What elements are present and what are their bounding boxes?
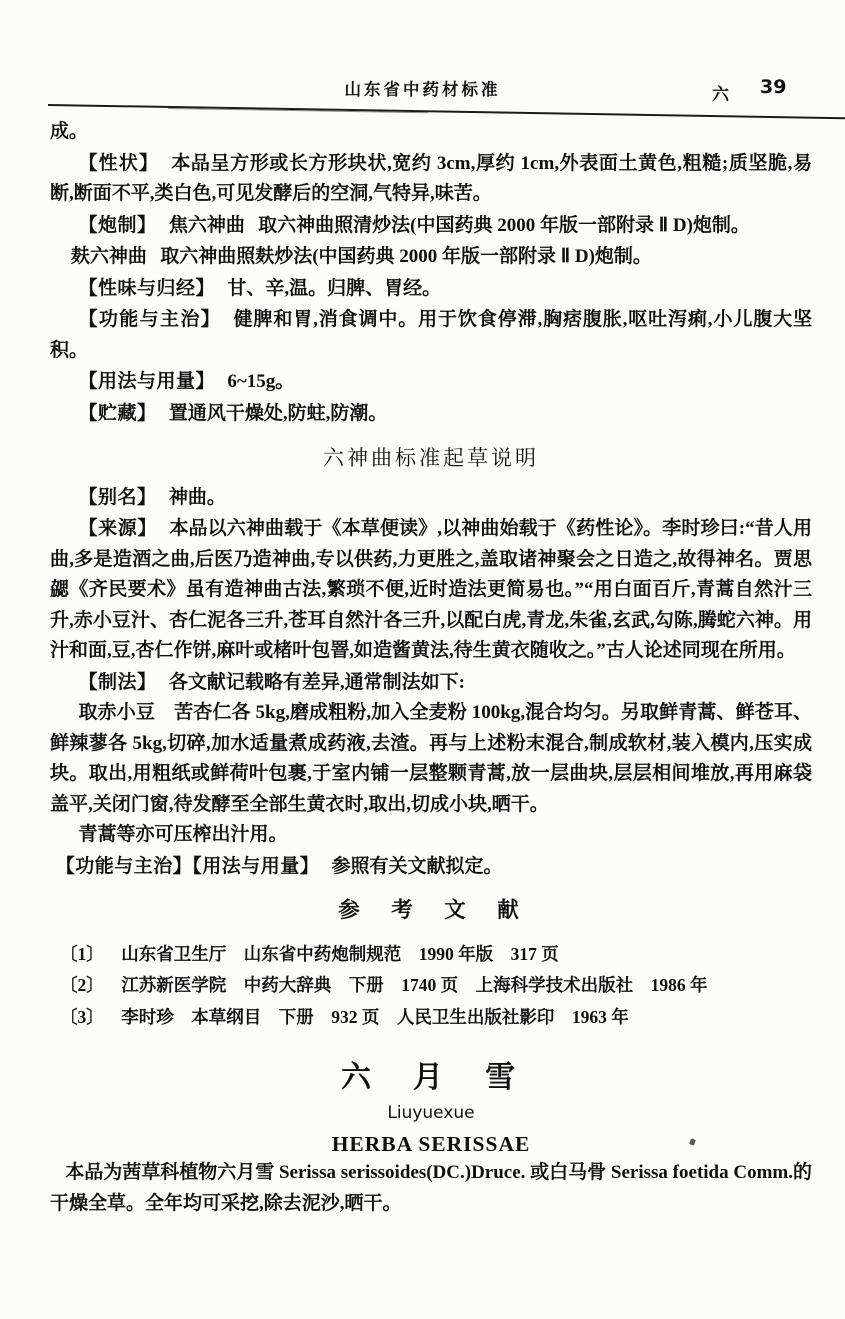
section-text-zhucang: 置通风干燥处,防蛀,防潮。	[169, 403, 388, 424]
paozhi-subitem-jiao: 焦六神曲	[169, 214, 245, 236]
references-title: 参 考 文 献	[50, 895, 812, 926]
section-zhucang: 【贮藏】置通风干燥处,防蛀,防潮。	[50, 398, 812, 430]
next-monograph-intro: 本品为茜草科植物六月雪 Serissa serissoides(DC.)Druc…	[50, 1158, 812, 1219]
section-text-xingzhuang: 本品呈方形或长方形块状,宽约 3cm,厚约 1cm,外表面土黄色,粗糙;质坚脆,…	[50, 153, 812, 205]
section-text-yongfa: 6~15g。	[227, 371, 294, 392]
section-yongfa: 【用法与用量】6~15g。	[50, 366, 812, 398]
section-gongneng: 【功能与主治】健脾和胃,消食调中。用于饮食停滞,胸痞腹胀,呕吐泻痢,小儿腹大坚积…	[50, 304, 812, 366]
reference-number-1: 〔1〕	[60, 944, 104, 964]
section-label-xingzhuang: 【性状】	[79, 152, 159, 174]
section-label-paozhi: 【炮制】	[79, 214, 157, 236]
cross-reference-labels: 【功能与主治】【用法与用量】	[56, 855, 320, 877]
reference-item-3: 〔3〕李时珍 本草纲目 下册 932 页 人民卫生出版社影印 1963 年	[50, 1002, 812, 1034]
carryover-text: 成。	[50, 117, 812, 148]
next-monograph-title-cn: 六 月 雪	[50, 1059, 812, 1097]
cross-reference-text: 参照有关文献拟定。	[332, 856, 503, 877]
scanned-document-page: 山东省中药材标准 六 39 成。 【性状】本品呈方形或长方形块状,宽约 3cm,…	[0, 0, 845, 1319]
page-body: 成。 【性状】本品呈方形或长方形块状,宽约 3cm,厚约 1cm,外表面土黄色,…	[50, 117, 812, 1219]
section-label-zhifa: 【制法】	[79, 671, 157, 693]
next-monograph-pinyin: Liuyuexue	[50, 1102, 812, 1124]
paozhi-text-jiao: 取六神曲照清炒法(中国药典 2000 年版一部附录 Ⅱ D)炮制。	[258, 215, 750, 236]
section-label-yongfa: 【用法与用量】	[79, 370, 216, 392]
reference-number-2: 〔2〕	[60, 975, 104, 995]
draft-note-title: 六神曲标准起草说明	[50, 443, 812, 474]
volume-label: 六	[712, 80, 729, 105]
section-label-xingwei: 【性味与归经】	[79, 277, 216, 299]
section-label-zhucang: 【贮藏】	[79, 402, 157, 424]
reference-text-2: 江苏新医学院 中药大辞典 下册 1740 页 上海科学技术出版社 1986 年	[121, 975, 707, 995]
method-paragraph-2: 青蒿等亦可压榨出汁用。	[50, 820, 812, 851]
section-laiyuan: 【来源】本品以六神曲载于《本草便读》,以神曲始载于《药性论》。李时珍曰:“昔人用…	[50, 513, 812, 667]
paozhi-subitem-fu: 麸六神曲	[71, 245, 147, 267]
running-head: 山东省中药材标准 六 39	[0, 76, 845, 102]
reference-number-3: 〔3〕	[60, 1007, 104, 1027]
section-xingzhuang: 【性状】本品呈方形或长方形块状,宽约 3cm,厚约 1cm,外表面土黄色,粗糙;…	[50, 148, 812, 210]
section-bieming: 【别名】神曲。	[50, 482, 812, 514]
section-paozhi-fu: 麸六神曲取六神曲照麸炒法(中国药典 2000 年版一部附录 Ⅱ D)炮制。	[50, 241, 812, 273]
reference-item-1: 〔1〕山东省卫生厅 山东省中药炮制规范 1990 年版 317 页	[50, 939, 812, 971]
reference-text-3: 李时珍 本草纲目 下册 932 页 人民卫生出版社影印 1963 年	[121, 1007, 629, 1027]
reference-text-1: 山东省卫生厅 山东省中药炮制规范 1990 年版 317 页	[121, 944, 559, 964]
cross-reference-note: 【功能与主治】【用法与用量】参照有关文献拟定。	[50, 851, 812, 883]
method-paragraph-1: 取赤小豆 苦杏仁各 5kg,磨成粗粉,加入全麦粉 100kg,混合均匀。另取鲜青…	[50, 698, 812, 820]
section-label-bieming: 【别名】	[79, 486, 157, 508]
next-monograph-header: 六 月 雪 Liuyuexue HERBA SERISSAE	[50, 1059, 812, 1158]
reference-item-2: 〔2〕江苏新医学院 中药大辞典 下册 1740 页 上海科学技术出版社 1986…	[50, 970, 812, 1002]
section-label-gongneng: 【功能与主治】	[79, 308, 222, 330]
paozhi-text-fu: 取六神曲照麸炒法(中国药典 2000 年版一部附录 Ⅱ D)炮制。	[160, 246, 652, 267]
section-paozhi: 【炮制】焦六神曲取六神曲照清炒法(中国药典 2000 年版一部附录 Ⅱ D)炮制…	[50, 210, 812, 242]
page-number: 39	[760, 76, 786, 98]
section-zhifa: 【制法】各文献记载略有差异,通常制法如下:	[50, 667, 812, 699]
section-label-laiyuan: 【来源】	[79, 517, 158, 539]
references-list: 〔1〕山东省卫生厅 山东省中药炮制规范 1990 年版 317 页 〔2〕江苏新…	[50, 937, 812, 1034]
section-xingwei: 【性味与归经】甘、辛,温。归脾、胃经。	[50, 273, 812, 305]
section-text-xingwei: 甘、辛,温。归脾、胃经。	[227, 278, 441, 299]
section-text-bieming: 神曲。	[169, 487, 226, 508]
section-text-zhifa: 各文献记载略有差异,通常制法如下:	[169, 672, 465, 693]
section-text-laiyuan: 本品以六神曲载于《本草便读》,以神曲始载于《药性论》。李时珍曰:“昔人用曲,多是…	[50, 518, 812, 661]
next-monograph-latin-name: HERBA SERISSAE	[50, 1131, 812, 1158]
